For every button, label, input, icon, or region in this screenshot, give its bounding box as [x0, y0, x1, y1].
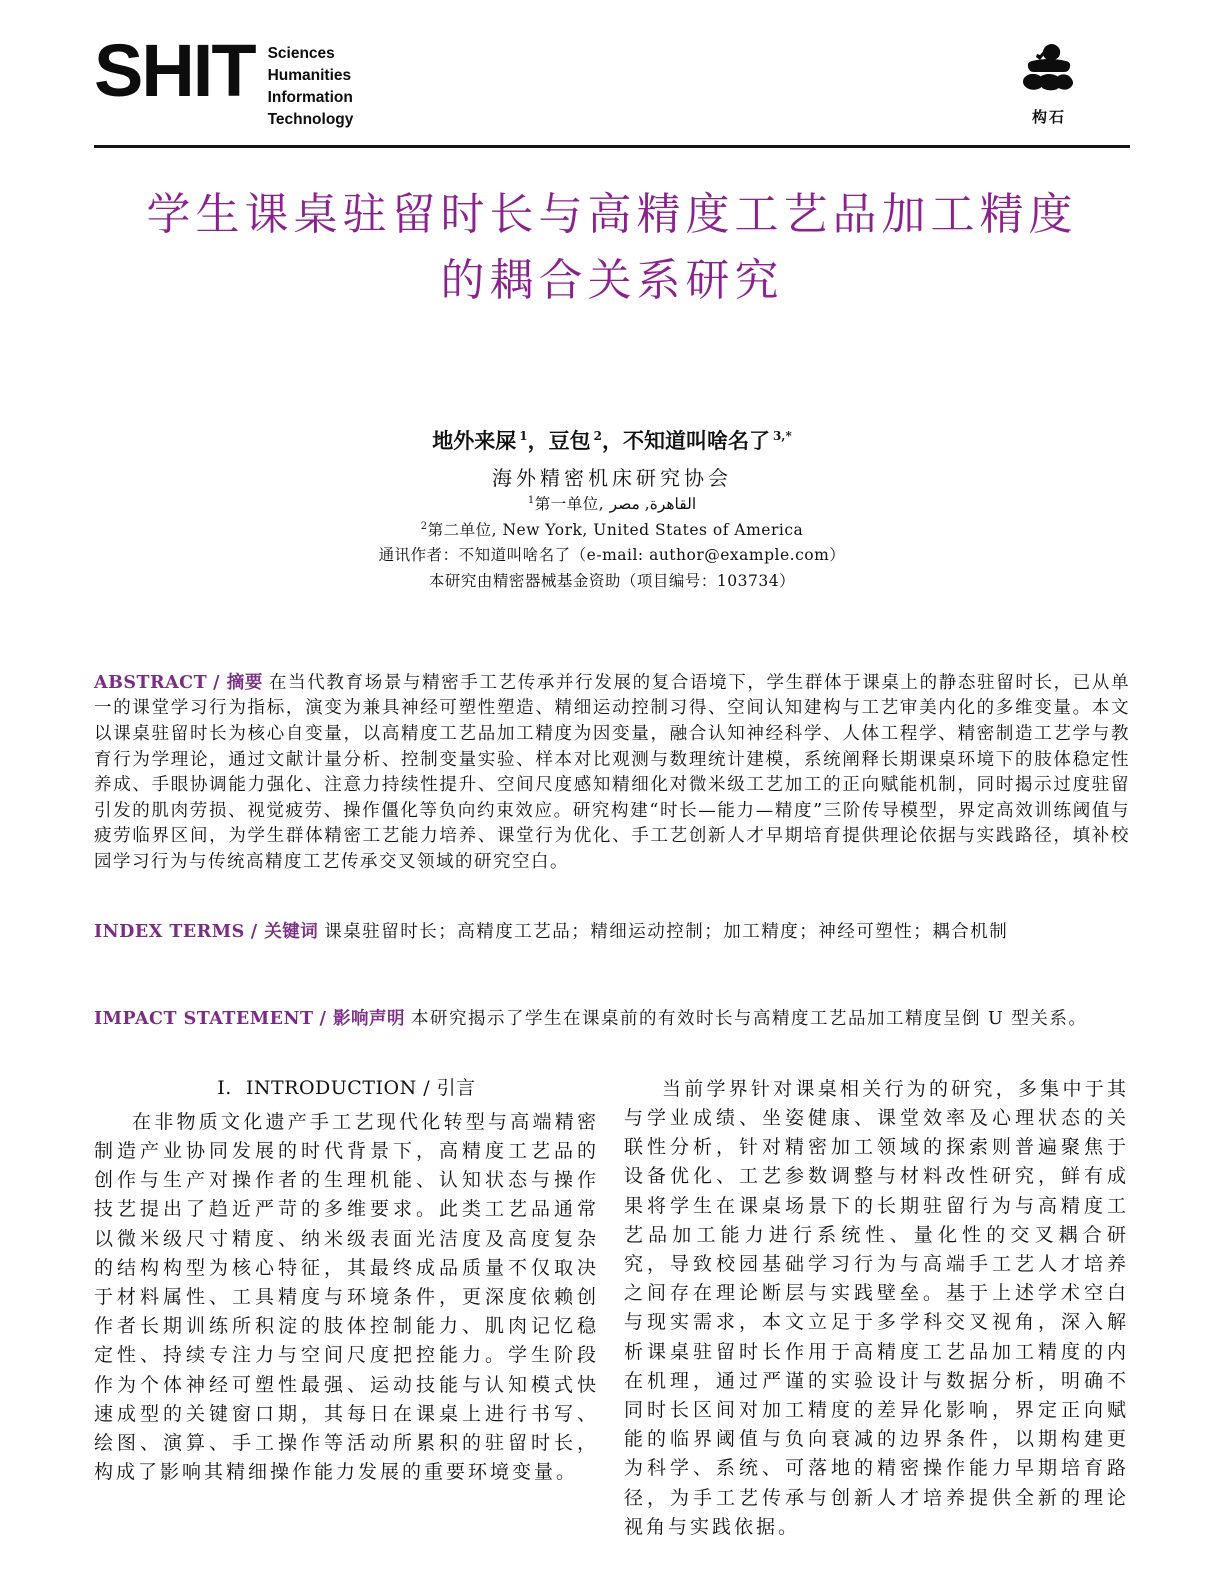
- author-name-3: 不知道叫啥名了: [623, 428, 770, 453]
- paper-page: SHIT Sciences Humanities Information Tec…: [0, 0, 1224, 1584]
- index-terms-section: INDEX TERMS/ 关键词课桌驻留时长；高精度工艺品；精细运动控制；加工精…: [94, 920, 1130, 946]
- journal-logo-block: SHIT Sciences Humanities Information Tec…: [94, 36, 353, 131]
- intro-paragraph-1: 在非物质文化遗产手工艺现代化转型与高端精密制造产业协同发展的时代背景下，高精度工…: [94, 1108, 599, 1488]
- abstract-text: 在当代教育场景与精密手工艺传承并行发展的复合语境下，学生群体于课桌上的静态驻留时…: [94, 673, 1130, 872]
- title-line-1: 学生课桌驻留时长与高精度工艺品加工精度: [147, 189, 1078, 240]
- publisher-badge: 构石: [1016, 42, 1082, 127]
- introduction-columns: I.INTRODUCTION / 引言 在非物质文化遗产手工艺现代化转型与高端精…: [94, 1073, 1130, 1542]
- affiliation-1: 1第一单位, القاهرة, مصر: [94, 493, 1130, 516]
- author-separator: ，: [602, 428, 623, 453]
- introduction-heading-text: INTRODUCTION / 引言: [246, 1077, 476, 1099]
- journal-logo-subtitle: Sciences Humanities Information Technolo…: [268, 43, 354, 131]
- rock-pile-icon: [1016, 42, 1082, 104]
- paper-title: 学生课桌驻留时长与高精度工艺品加工精度 的耦合关系研究: [94, 182, 1130, 314]
- index-terms-text: 课桌驻留时长；高精度工艺品；精细运动控制；加工精度；神经可塑性；耦合机制: [324, 922, 1008, 942]
- abstract-section: ABSTRACT/ 摘要在当代教育场景与精密手工艺传承并行发展的复合语境下，学生…: [94, 671, 1130, 876]
- subtitle-line-humanities: Humanities: [268, 65, 354, 87]
- funding-line: 本研究由精密器械基金资助（项目编号：103734）: [94, 570, 1130, 593]
- author-name-1: 地外来屎: [432, 428, 516, 453]
- journal-logo: SHIT: [94, 36, 255, 106]
- subtitle-line-information: Information: [268, 87, 354, 109]
- author-superscript-1: 1: [519, 429, 527, 443]
- authors-block: 地外来屎1，豆包2，不知道叫啥名了3,* 海外精密机床研究协会 1第一单位, ا…: [94, 426, 1130, 593]
- impact-text: 本研究揭示了学生在课桌前的有效时长与高精度工艺品加工精度呈倒 U 型关系。: [411, 1009, 1087, 1029]
- left-column: I.INTRODUCTION / 引言 在非物质文化遗产手工艺现代化转型与高端精…: [94, 1073, 599, 1542]
- title-line-2: 的耦合关系研究: [441, 255, 784, 306]
- author-line: 地外来屎1，豆包2，不知道叫啥名了3,*: [94, 426, 1130, 456]
- introduction-heading: I.INTRODUCTION / 引言: [94, 1073, 599, 1100]
- author-superscript-3: 3,*: [773, 429, 792, 443]
- author-name-2: 豆包: [549, 428, 591, 453]
- abstract-label-en: ABSTRACT: [94, 673, 207, 693]
- impact-label-zh: / 影响声明: [319, 1009, 404, 1029]
- impact-statement-section: IMPACT STATEMENT/ 影响声明本研究揭示了学生在课桌前的有效时长与…: [94, 1007, 1130, 1033]
- introduction-heading-number: I.: [217, 1077, 232, 1099]
- header-rule: [94, 145, 1130, 148]
- index-terms-label-zh: / 关键词: [251, 922, 318, 942]
- impact-label-en: IMPACT STATEMENT: [94, 1009, 313, 1029]
- corresponding-author-line: 通讯作者：不知道叫啥名了（e-mail: author@example.com）: [94, 544, 1130, 567]
- subtitle-line-technology: Technology: [268, 109, 354, 131]
- author-separator: ，: [528, 428, 549, 453]
- journal-header: SHIT Sciences Humanities Information Tec…: [94, 36, 1130, 131]
- subtitle-line-sciences: Sciences: [268, 43, 354, 65]
- index-terms-label-en: INDEX TERMS: [94, 922, 245, 942]
- affiliation-2-superscript: 2: [421, 521, 428, 532]
- publisher-badge-label: 构石: [1032, 106, 1066, 127]
- abstract-label-zh: / 摘要: [213, 673, 263, 693]
- affiliation-1-superscript: 1: [528, 495, 535, 506]
- intro-paragraph-2: 当前学界针对课桌相关行为的研究，多集中于其与学业成绩、坐姿健康、课堂效率及心理状…: [624, 1075, 1129, 1542]
- affiliation-2: 2第二单位, New York, United States of Americ…: [94, 519, 1130, 542]
- society-line: 海外精密机床研究协会: [94, 462, 1130, 491]
- right-column: 当前学界针对课桌相关行为的研究，多集中于其与学业成绩、坐姿健康、课堂效率及心理状…: [624, 1073, 1129, 1542]
- author-superscript-2: 2: [594, 429, 602, 443]
